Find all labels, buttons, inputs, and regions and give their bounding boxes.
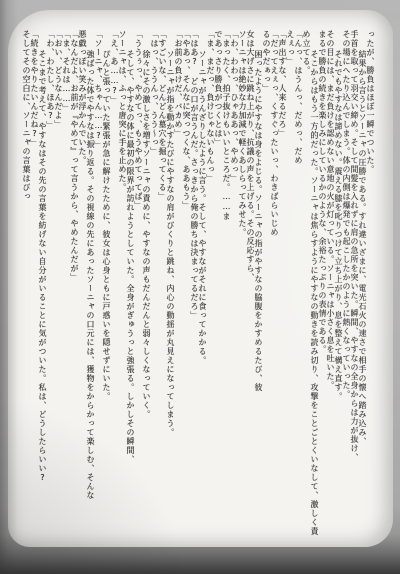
- scanned-book-photo: ったが、勝負はほぼ一瞬でついた。 結果から言うとソーニャの圧勝である。すれ違いざ…: [0, 0, 400, 574]
- vertical-text-body: ったが、勝負はほぼ一瞬でついた。 結果から言うとソーニャの圧勝である。すれ違いざ…: [22, 30, 374, 546]
- novel-page: ったが、勝負はほぼ一瞬でついた。 結果から言うとソーニャの圧勝である。すれ違いざ…: [8, 10, 393, 547]
